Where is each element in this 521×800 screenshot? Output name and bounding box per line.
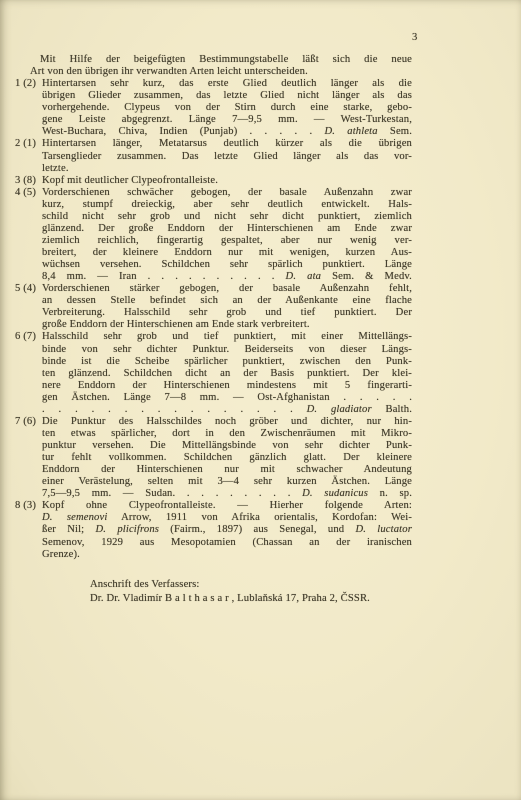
text-line: Tarsenglieder zusammen. Das letzte Glied…	[42, 151, 412, 163]
key-item-text: Die Punktur des Halsschildes noch gröber…	[42, 416, 412, 500]
text-line: ziemlich reichlich, fingerartig gespalte…	[42, 235, 412, 247]
text-line: schild nicht sehr grob und nicht sehr di…	[42, 211, 412, 223]
text-line: Verbreiterung. Halsschild sehr grob und …	[42, 307, 412, 319]
body-text: Mit Hilfe der beigefügten Bestimmungstab…	[15, 54, 412, 606]
text-segment: ten etwas spärlicher, dort in den Zwisch…	[42, 428, 412, 439]
text-line: glänzend. Der große Enddorn der Hintersc…	[42, 223, 412, 235]
text-line: . . . . . . . . . . . . . . . . D. gladi…	[42, 404, 412, 416]
text-segment: nere Enddorn der Hinterschienen mindeste…	[42, 380, 412, 391]
key-item: 2 (1)Hintertarsen länger, Metatarsus deu…	[15, 138, 412, 174]
text-line: tur fehlt vollkommen. Schildchen gänzlic…	[42, 452, 412, 464]
key-item: 3 (8)Kopf mit deutlicher Clypeofrontalle…	[15, 175, 412, 187]
species-name: D. ata	[286, 271, 322, 282]
key-item-text: Hintertarsen länger, Metatarsus deutlich…	[42, 138, 412, 174]
text-segment: Enddorn der Hinterschienen nur mit schwa…	[42, 464, 412, 475]
text-segment: binde von sehr dichter Punktur. Beiderse…	[42, 344, 412, 355]
text-segment: glänzend. Der große Enddorn der Hintersc…	[42, 223, 412, 234]
text-line: Art von den übrigen ihr verwandten Arten…	[30, 66, 412, 78]
key-item-text: Vorderschienen schwächer gebogen, der ba…	[42, 187, 412, 284]
text-segment: breitert, der kleinere Enddorn nur mit w…	[42, 247, 412, 258]
text-segment: Halsschild sehr grob und tief punktiert,…	[42, 331, 412, 342]
text-segment: . . . . . . . . . . . . . . . .	[42, 404, 307, 415]
text-segment: an dessen Stelle befindet sich an der Au…	[42, 295, 412, 306]
key-item: 7 (6)Die Punktur des Halsschildes noch g…	[15, 416, 412, 500]
species-name: D. gladiator	[307, 404, 372, 415]
text-segment: Art von den übrigen ihr verwandten Arten…	[30, 66, 308, 77]
text-line: vorhergehende. Clypeus von der Stirn dur…	[42, 102, 412, 114]
text-line: D. semenovi Arrow, 1911 von Afrika orien…	[42, 512, 412, 524]
key-item-text: Kopf mit deutlicher Clypeofrontalleiste.	[42, 175, 412, 187]
text-segment: Vorderschienen stärker gebogen, der basa…	[42, 283, 412, 294]
text-segment: einer Verästelung, selten mit 3—4 sehr k…	[42, 476, 412, 487]
text-segment: ten glänzend. Schildchen dicht an der Ba…	[42, 368, 412, 379]
key-item-label: 5 (4)	[15, 283, 42, 331]
text-line: Die Punktur des Halsschildes noch gröber…	[42, 416, 412, 428]
text-segment: übrigen Glieder zusammen, das letzte Gli…	[42, 90, 412, 101]
text-segment: Kopf mit deutlicher Clypeofrontalleiste.	[42, 175, 218, 186]
text-line: ten etwas spärlicher, dort in den Zwisch…	[42, 428, 412, 440]
text-line: West-Buchara, Chiva, Indien (Punjab) . .…	[42, 126, 412, 138]
species-name: D. semenovi	[42, 512, 107, 523]
species-name: D. plicifrons	[96, 524, 160, 535]
text-segment: Arrow, 1911 von Afrika orientalis, Kordo…	[107, 512, 412, 523]
species-name: D. sudanicus	[302, 488, 368, 499]
key-item-label: 8 (3)	[15, 500, 42, 560]
text-line: Hintertarsen länger, Metatarsus deutlich…	[42, 138, 412, 150]
key-item: 8 (3)Kopf ohne Clypeofrontalleiste. — Hi…	[15, 500, 412, 560]
text-line: gen Ästchen. Länge 7—8 mm. — Ost-Afghani…	[42, 392, 412, 404]
text-line: ten glänzend. Schildchen dicht an der Ba…	[42, 368, 412, 380]
text-line: Kopf mit deutlicher Clypeofrontalleiste.	[42, 175, 412, 187]
key-item: 1 (2)Hintertarsen sehr kurz, das erste G…	[15, 78, 412, 138]
key-item-text: Vorderschienen stärker gebogen, der basa…	[42, 283, 412, 331]
key-item-text: Kopf ohne Clypeofrontalleiste. — Hierher…	[42, 500, 412, 560]
text-line: 7,5—9,5 mm. — Sudan. . . . . . . . . D. …	[42, 488, 412, 500]
species-name: D. athleta	[324, 126, 377, 137]
text-segment: Sem. & Medv.	[321, 271, 412, 282]
text-line: gene Leiste abgegrenzt. Länge 7—9,5 mm. …	[42, 114, 412, 126]
text-line: Vorderschienen schwächer gebogen, der ba…	[42, 187, 412, 199]
text-segment: ßer Nil;	[42, 524, 96, 535]
key-item-text: Hintertarsen sehr kurz, das erste Glied …	[42, 78, 412, 138]
text-segment: Grenze).	[42, 549, 80, 560]
text-segment: 8,4 mm. — Iran . . . . . . . . . .	[42, 271, 286, 282]
text-segment: Sem.	[378, 126, 412, 137]
text-line: Enddorn der Hinterschienen nur mit schwa…	[42, 464, 412, 476]
text-segment: wüchsen versehen. Schildchen sehr spärli…	[42, 259, 412, 270]
text-line: punktur versehen. Die Mittellängsbinde v…	[42, 440, 412, 452]
text-line: binde von sehr dichter Punktur. Beiderse…	[42, 344, 412, 356]
text-segment: Die Punktur des Halsschildes noch gröber…	[42, 416, 412, 427]
text-line: an dessen Stelle befindet sich an der Au…	[42, 295, 412, 307]
text-segment: punktur versehen. Die Mittellängsbinde v…	[42, 440, 412, 451]
text-line: Hintertarsen sehr kurz, das erste Glied …	[42, 78, 412, 90]
text-line: wüchsen versehen. Schildchen sehr spärli…	[42, 259, 412, 271]
text-segment: (Fairm., 1897) aus Senegal, und	[159, 524, 355, 535]
text-line: einer Verästelung, selten mit 3—4 sehr k…	[42, 476, 412, 488]
text-segment: Mit Hilfe der beigefügten Bestimmungstab…	[40, 54, 412, 65]
text-segment: Balth.	[372, 404, 412, 415]
text-segment: Vorderschienen schwächer gebogen, der ba…	[42, 187, 412, 198]
page-number: 3	[412, 32, 417, 43]
text-segment: schild nicht sehr grob und nicht sehr di…	[42, 211, 412, 222]
key-item-label: 2 (1)	[15, 138, 42, 174]
text-segment: Hintertarsen sehr kurz, das erste Glied …	[42, 78, 412, 89]
key-item-label: 6 (7)	[15, 331, 42, 415]
text-line: Grenze).	[42, 549, 412, 561]
text-segment: Semenov, 1929 aus Mesopotamien (Chassan …	[42, 537, 412, 548]
text-segment: binde ist die Scheibe spärlicher punktie…	[42, 356, 412, 367]
text-line: Semenov, 1929 aus Mesopotamien (Chassan …	[42, 537, 412, 549]
determination-key: Mit Hilfe der beigefügten Bestimmungstab…	[15, 54, 412, 561]
text-segment: n. sp.	[368, 488, 412, 499]
text-segment: gen Ästchen. Länge 7—8 mm. — Ost-Afghani…	[42, 392, 412, 403]
text-segment: 7,5—9,5 mm. — Sudan. . . . . . . . .	[42, 488, 302, 499]
key-item-label: 7 (6)	[15, 416, 42, 500]
key-item-label: 3 (8)	[15, 175, 42, 187]
text-line: kurz, stumpf dreieckig, aber sehr deutli…	[42, 199, 412, 211]
text-segment: vorhergehende. Clypeus von der Stirn dur…	[42, 102, 412, 113]
text-segment: Kopf ohne Clypeofrontalleiste. — Hierher…	[42, 500, 412, 511]
intro-paragraph: Mit Hilfe der beigefügten Bestimmungstab…	[30, 54, 412, 78]
author-address: Anschrift des Verfassers: Dr. Dr. Vladim…	[90, 578, 412, 606]
text-segment: Tarsenglieder zusammen. Das letzte Glied…	[42, 151, 412, 162]
text-segment: tur fehlt vollkommen. Schildchen gänzlic…	[42, 452, 412, 463]
page: 3 Mit Hilfe der beigefügten Bestimmungst…	[0, 0, 521, 800]
species-name: D. luctator	[355, 524, 412, 535]
text-segment: West-Buchara, Chiva, Indien (Punjab) . .…	[42, 126, 324, 137]
key-item-label: 4 (5)	[15, 187, 42, 284]
text-line: 8,4 mm. — Iran . . . . . . . . . . D. at…	[42, 271, 412, 283]
key-item: 6 (7)Halsschild sehr grob und tief punkt…	[15, 331, 412, 415]
text-line: ßer Nil; D. plicifrons (Fairm., 1897) au…	[42, 524, 412, 536]
text-line: Vorderschienen stärker gebogen, der basa…	[42, 283, 412, 295]
text-segment: große Enddorn der Hinterschienen am Ende…	[42, 319, 310, 330]
key-item-text: Halsschild sehr grob und tief punktiert,…	[42, 331, 412, 415]
text-segment: letzte.	[42, 163, 69, 174]
text-line: nere Enddorn der Hinterschienen mindeste…	[42, 380, 412, 392]
text-line: große Enddorn der Hinterschienen am Ende…	[42, 319, 412, 331]
text-line: Halsschild sehr grob und tief punktiert,…	[42, 331, 412, 343]
key-item: 5 (4)Vorderschienen stärker gebogen, der…	[15, 283, 412, 331]
key-item: 4 (5)Vorderschienen schwächer gebogen, d…	[15, 187, 412, 284]
text-segment: gene Leiste abgegrenzt. Länge 7—9,5 mm. …	[42, 114, 412, 125]
address-heading: Anschrift des Verfassers:	[90, 578, 412, 592]
text-line: Kopf ohne Clypeofrontalleiste. — Hierher…	[42, 500, 412, 512]
text-segment: Hintertarsen länger, Metatarsus deutlich…	[42, 138, 412, 149]
text-line: binde ist die Scheibe spärlicher punktie…	[42, 356, 412, 368]
text-line: letzte.	[42, 163, 412, 175]
key-item-label: 1 (2)	[15, 78, 42, 138]
text-segment: ziemlich reichlich, fingerartig gespalte…	[42, 235, 412, 246]
text-line: übrigen Glieder zusammen, das letzte Gli…	[42, 90, 412, 102]
text-line: Mit Hilfe der beigefügten Bestimmungstab…	[30, 54, 412, 66]
text-segment: Verbreiterung. Halsschild sehr grob und …	[42, 307, 412, 318]
address-text: Dr. Dr. Vladimír B a l t h a s a r , Lub…	[90, 592, 412, 606]
text-line: breitert, der kleinere Enddorn nur mit w…	[42, 247, 412, 259]
text-segment: kurz, stumpf dreieckig, aber sehr deutli…	[42, 199, 412, 210]
